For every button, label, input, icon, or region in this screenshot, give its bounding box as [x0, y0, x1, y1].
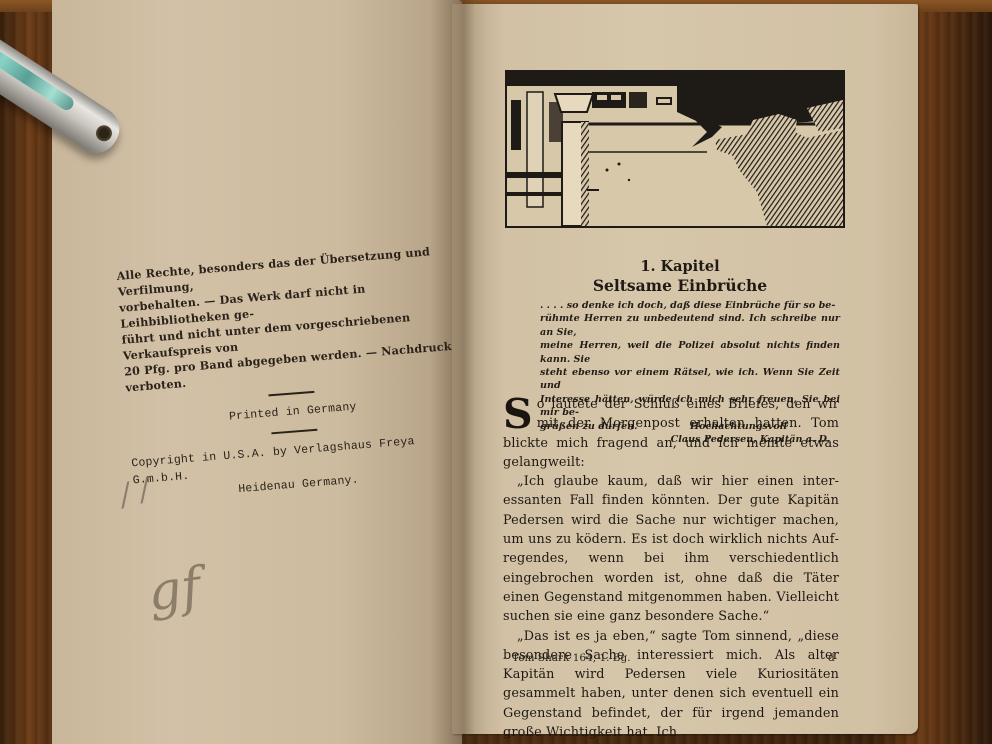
chapter-number: 1. Kapitel: [520, 258, 840, 275]
paragraph-text: o lautete der Schluß eines Briefes, den …: [503, 397, 839, 470]
divider: [268, 391, 314, 397]
letter-line: meine Herren, weil die Polizei absolut n…: [540, 339, 840, 366]
page-footer-signature: Tom Shark 164, 1. Bg.: [512, 652, 631, 664]
chapter-title: Seltsame Einbrüche: [520, 276, 840, 295]
chapter-body: So lautete der Schluß eines Briefes, den…: [503, 395, 839, 742]
paragraph: So lautete der Schluß eines Briefes, den…: [503, 395, 839, 472]
pen-tip: [93, 122, 115, 144]
chapter-illustration: [505, 70, 845, 228]
drop-cap: S: [503, 396, 533, 432]
letter-line: steht ebenso vor einem Rätsel, wie ich. …: [540, 366, 840, 393]
letter-line: . . . . so denke ich doch, daß diese Ein…: [540, 299, 840, 312]
pencil-initials: gf: [144, 557, 204, 624]
printed-in-germany: Printed in Germany: [128, 392, 458, 434]
imprint-block: Alle Rechte, besonders das der Übersetzu…: [116, 242, 464, 506]
page-footer-mark: d: [828, 652, 835, 664]
letter-line: rühmte Herren zu unbedeutend sind. Ich s…: [540, 312, 840, 339]
divider: [271, 429, 317, 435]
paragraph: „Ich glaube kaum, daß wir hier einen int…: [503, 472, 839, 626]
paragraph: „Das ist es ja eben,“ sagte Tom sinnend,…: [503, 627, 839, 743]
illustration-icon: [507, 72, 843, 226]
